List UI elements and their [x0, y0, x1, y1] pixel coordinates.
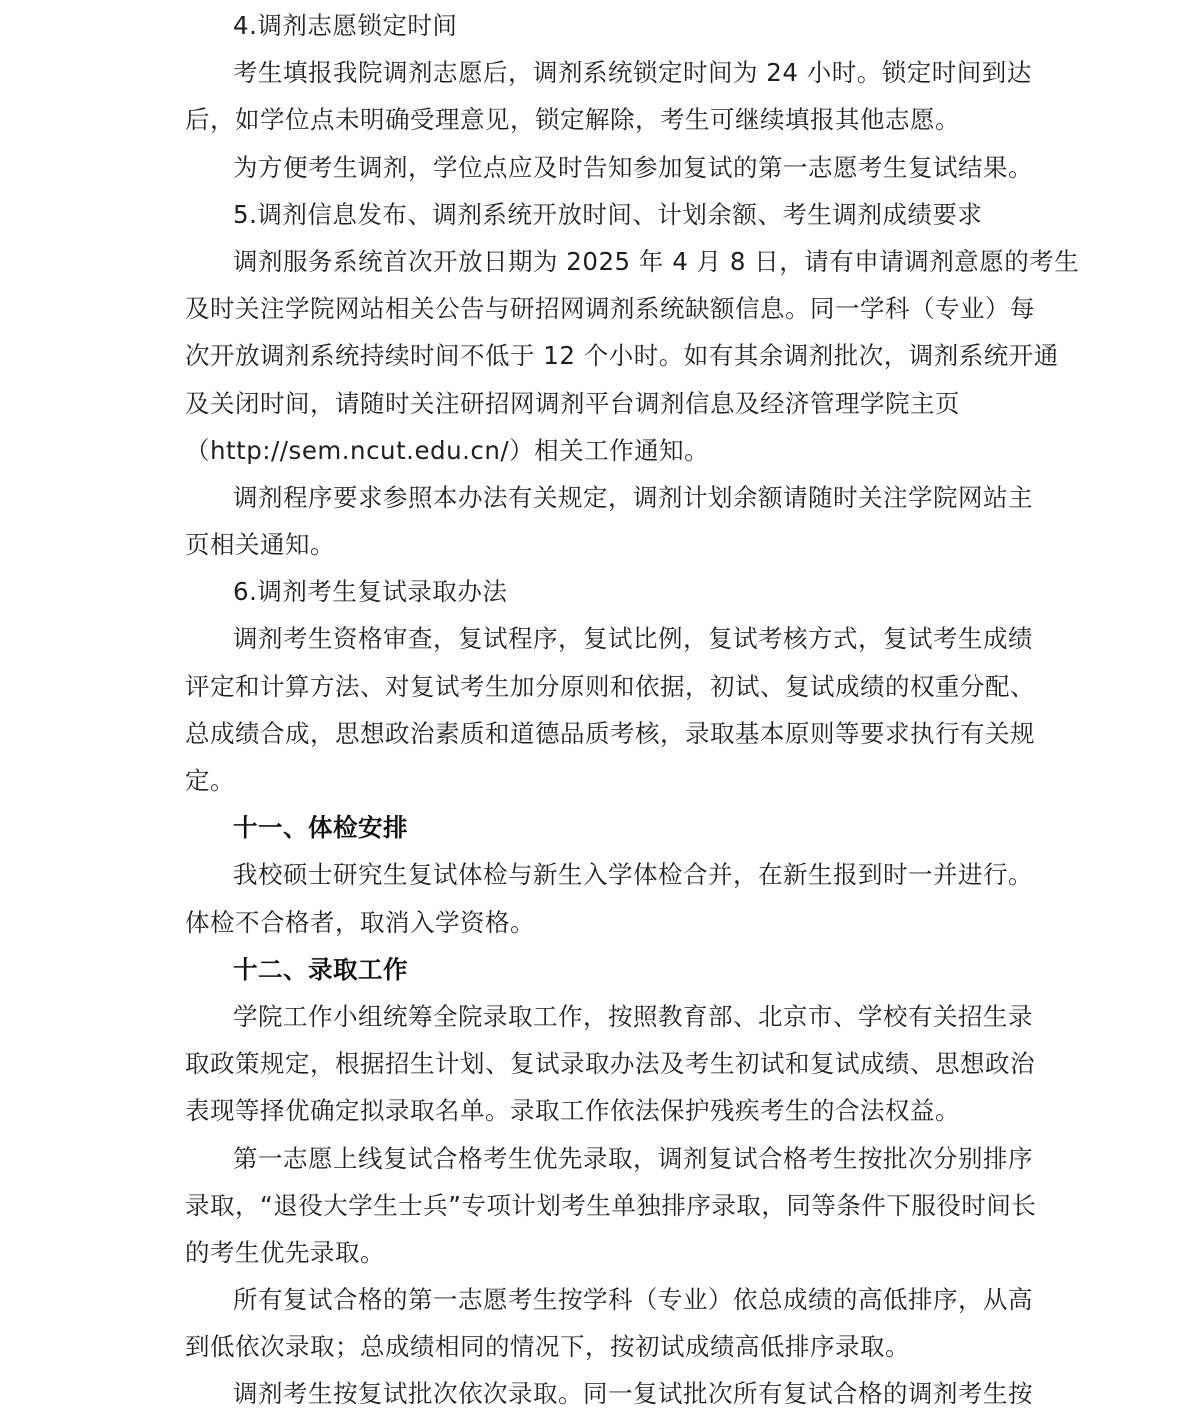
- subsection-heading-6: 6.调剂考生复试录取办法: [185, 568, 1045, 615]
- doc-line: 页相关通知。: [185, 521, 1045, 568]
- doc-line: 取政策规定，根据招生计划、复试录取办法及考生初试和复试成绩、思想政治: [185, 1040, 1045, 1087]
- doc-line: 表现等择优确定拟录取名单。录取工作依法保护残疾考生的合法权益。: [185, 1087, 1045, 1134]
- section-heading-11: 十一、体检安排: [185, 804, 1045, 851]
- doc-line: 考生填报我院调剂志愿后，调剂系统锁定时间为 24 小时。锁定时间到达: [185, 49, 1045, 96]
- doc-line: 体检不合格者，取消入学资格。: [185, 899, 1045, 946]
- doc-line: 调剂考生按复试批次依次录取。同一复试批次所有复试合格的调剂考生按: [185, 1370, 1045, 1414]
- doc-line: 录取，“退役大学生士兵”专项计划考生单独排序录取，同等条件下服役时间长: [185, 1182, 1045, 1229]
- doc-line: 定。: [185, 757, 1045, 804]
- doc-line: 调剂考生资格审查，复试程序，复试比例，复试考核方式，复试考生成绩: [185, 615, 1045, 662]
- document-page: 4.调剂志愿锁定时间 考生填报我院调剂志愿后，调剂系统锁定时间为 24 小时。锁…: [0, 0, 1200, 1414]
- doc-line: 评定和计算方法、对复试考生加分原则和依据，初试、复试成绩的权重分配、: [185, 663, 1045, 710]
- doc-line: 调剂程序要求参照本办法有关规定，调剂计划余额请随时关注学院网站主: [185, 474, 1045, 521]
- doc-line: 我校硕士研究生复试体检与新生入学体检合并，在新生报到时一并进行。: [185, 851, 1045, 898]
- subsection-heading-4: 4.调剂志愿锁定时间: [185, 2, 1045, 49]
- doc-line: 及关闭时间，请随时关注研招网调剂平台调剂信息及经济管理学院主页: [185, 380, 1045, 427]
- doc-line-with-url: （http://sem.ncut.edu.cn/）相关工作通知。: [185, 427, 1045, 474]
- doc-line: 后，如学位点未明确受理意见，锁定解除，考生可继续填报其他志愿。: [185, 96, 1045, 143]
- doc-line: 到低依次录取；总成绩相同的情况下，按初试成绩高低排序录取。: [185, 1323, 1045, 1370]
- doc-line: 所有复试合格的第一志愿考生按学科（专业）依总成绩的高低排序，从高: [185, 1276, 1045, 1323]
- section-heading-12: 十二、录取工作: [185, 946, 1045, 993]
- doc-line: 为方便考生调剂，学位点应及时告知参加复试的第一志愿考生复试结果。: [185, 144, 1045, 191]
- doc-line: 的考生优先录取。: [185, 1229, 1045, 1276]
- doc-line: 学院工作小组统筹全院录取工作，按照教育部、北京市、学校有关招生录: [185, 993, 1045, 1040]
- doc-line: 总成绩合成，思想政治素质和道德品质考核，录取基本原则等要求执行有关规: [185, 710, 1045, 757]
- subsection-heading-5: 5.调剂信息发布、调剂系统开放时间、计划余额、考生调剂成绩要求: [185, 191, 1045, 238]
- doc-line: 及时关注学院网站相关公告与研招网调剂系统缺额信息。同一学科（专业）每: [185, 285, 1045, 332]
- doc-line: 次开放调剂系统持续时间不低于 12 个小时。如有其余调剂批次，调剂系统开通: [185, 332, 1045, 379]
- doc-line: 第一志愿上线复试合格考生优先录取，调剂复试合格考生按批次分别排序: [185, 1135, 1045, 1182]
- doc-line: 调剂服务系统首次开放日期为 2025 年 4 月 8 日，请有申请调剂意愿的考生: [185, 238, 1045, 285]
